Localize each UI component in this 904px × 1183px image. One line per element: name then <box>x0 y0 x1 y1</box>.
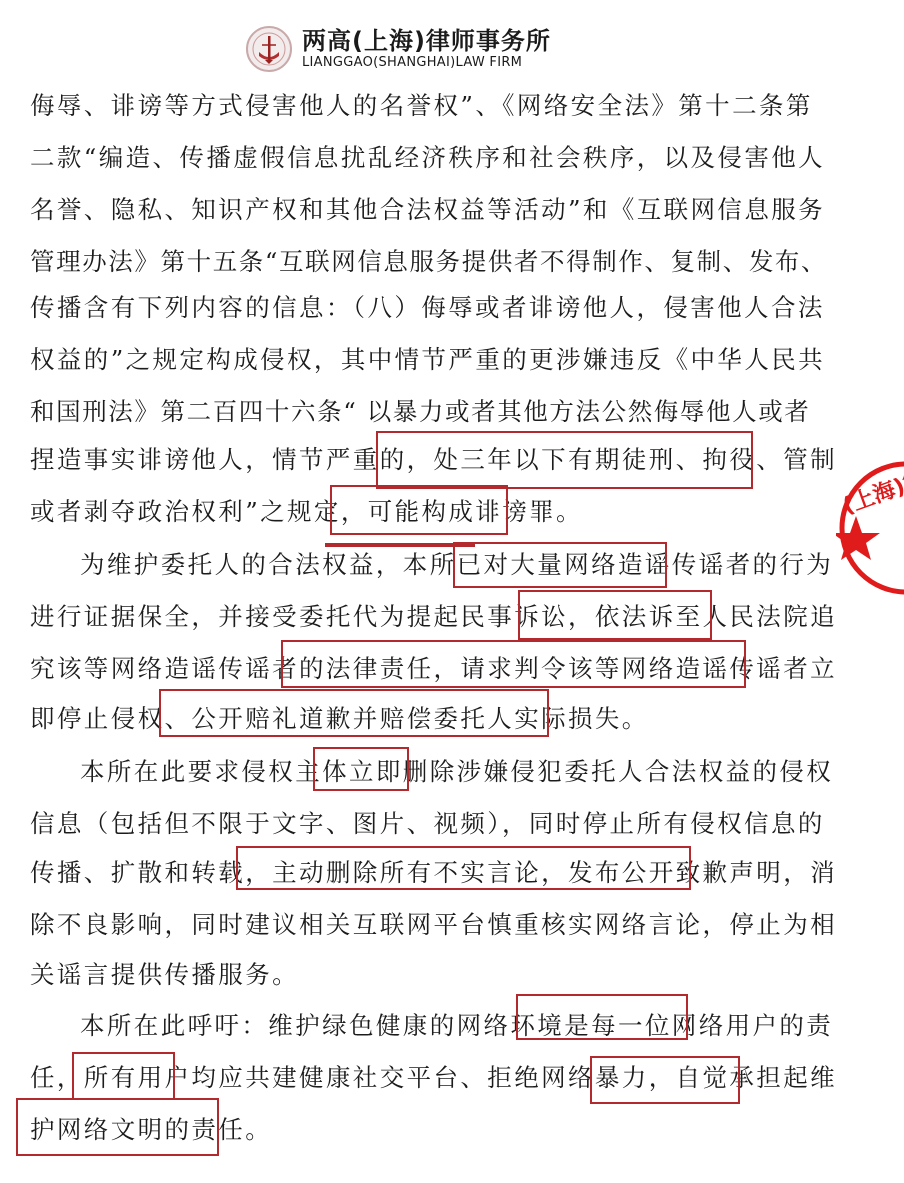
highlight-box <box>453 542 667 588</box>
body-line: 信息（包括但不限于文字、图片、视频），同时停止所有侵权信息的 <box>30 804 825 844</box>
highlight-box <box>72 1052 175 1100</box>
firm-name-cn: 两高(上海)律师事务所 <box>302 27 551 55</box>
highlight-box <box>16 1098 219 1156</box>
highlight-box <box>236 846 691 890</box>
body-line: 进行证据保全，并接受委托代为提起民事诉讼，依法诉至人民法院追 <box>30 597 837 637</box>
body-line: 除不良影响，同时建议相关互联网平台慎重核实网络言论，停止为相 <box>30 905 837 945</box>
red-star-seal-icon: (上海)律 <box>836 458 904 598</box>
body-line: 管理办法》第十五条“互联网信息服务提供者不得制作、复制、发布、 <box>30 242 827 282</box>
body-line: 和国刑法》第二百四十六条“ 以暴力或者其他方法公然侮辱他人或者 <box>30 392 810 432</box>
body-line: 名誉、隐私、知识产权和其他合法权益等活动”和《互联网信息服务 <box>30 190 825 230</box>
body-line: 二款“编造、传播虚假信息扰乱经济秩序和社会秩序，以及侵害他人 <box>30 138 825 178</box>
body-line: 侮辱、诽谤等方式侵害他人的名誉权”、《网络安全法》第十二条第 <box>30 86 813 126</box>
highlight-box <box>313 747 409 791</box>
highlight-box <box>159 689 549 737</box>
highlight-box <box>376 431 753 489</box>
highlight-box <box>281 640 746 688</box>
highlight-box <box>518 590 712 640</box>
law-firm-emblem-icon <box>246 26 292 72</box>
body-line: 本所在此要求侵权主体立即删除涉嫌侵犯委托人合法权益的侵权 <box>80 752 833 792</box>
highlight-box <box>590 1056 740 1104</box>
letterhead: 两高(上海)律师事务所 LIANGGAO(SHANGHAI)LAW FIRM <box>246 22 551 76</box>
body-line: 关谣言提供传播服务。 <box>30 955 299 995</box>
firm-name-en: LIANGGAO(SHANGHAI)LAW FIRM <box>302 55 551 71</box>
body-line: 本所在此呼吁：维护绿色健康的网络环境是每一位网络用户的责 <box>80 1006 833 1046</box>
highlight-box <box>330 485 508 535</box>
highlight-box <box>516 994 688 1040</box>
body-line: 权益的”之规定构成侵权，其中情节严重的更涉嫌违反《中华人民共 <box>30 340 825 380</box>
body-line: 传播含有下列内容的信息：（八）侮辱或者诽谤他人，侵害他人合法 <box>30 288 825 328</box>
